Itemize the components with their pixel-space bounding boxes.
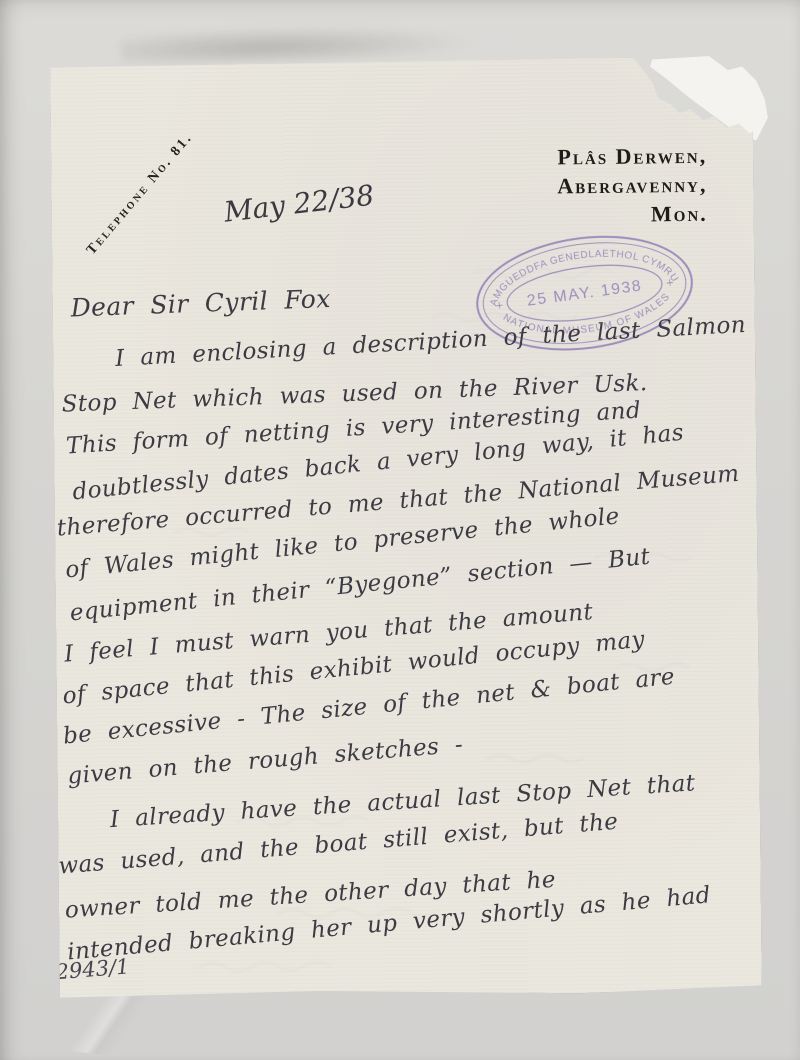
salutation-line: Dear Sir Cyril Fox <box>70 284 331 323</box>
catalog-number: 2943/1 <box>55 954 131 984</box>
telephone-letterhead-text: Telephone No. 81. <box>84 81 239 259</box>
scanned-letter-photograph: Telephone No. 81. May 22/38 Plâs Derwen,… <box>0 0 800 1060</box>
background-shadow <box>120 21 481 64</box>
stamp-left-ornament: + <box>495 300 505 312</box>
stamp-right-ornament: + <box>665 277 675 289</box>
stamp-date-text: 25 MAY. 1938 <box>526 278 643 310</box>
address-line-1: Plâs Derwen, <box>557 141 707 172</box>
address-line-2: Abergavenny, <box>557 170 707 201</box>
handwritten-date: May 22/38 <box>222 179 376 229</box>
letter-page: Telephone No. 81. May 22/38 Plâs Derwen,… <box>50 56 762 998</box>
letterhead-address: Plâs Derwen, Abergavenny, Mon. <box>557 141 708 230</box>
handwriting-line: I am enclosing a description of the last… <box>115 312 747 372</box>
